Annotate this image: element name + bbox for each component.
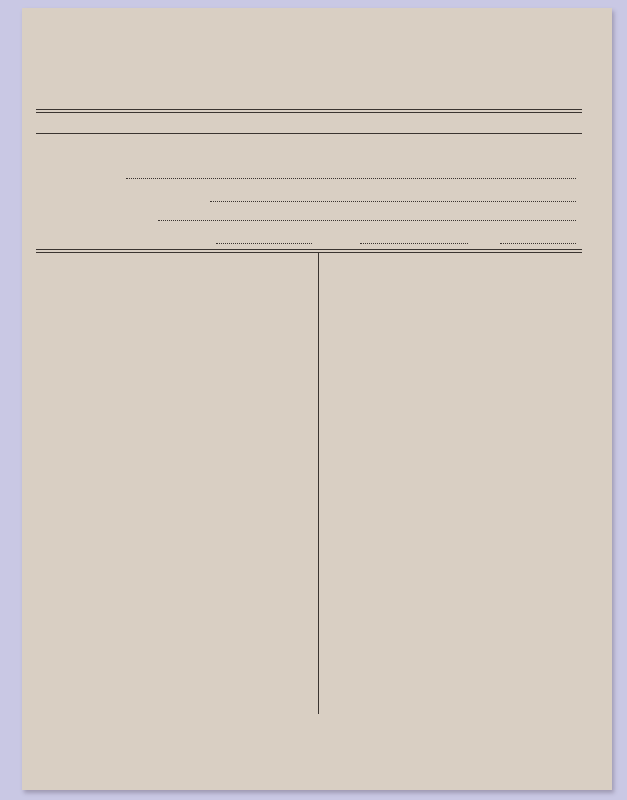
county-field[interactable]	[360, 243, 468, 244]
city-field[interactable]	[216, 243, 312, 244]
census-schedule-paper	[22, 8, 612, 790]
denomination-field[interactable]	[126, 178, 576, 179]
divider	[36, 109, 582, 110]
divider	[36, 249, 582, 250]
state-field[interactable]	[500, 243, 576, 244]
local-name-field[interactable]	[158, 220, 576, 221]
column-divider	[318, 252, 319, 714]
divider	[36, 133, 582, 134]
division-field[interactable]	[210, 201, 576, 202]
divider	[36, 252, 582, 253]
divider	[36, 112, 582, 113]
